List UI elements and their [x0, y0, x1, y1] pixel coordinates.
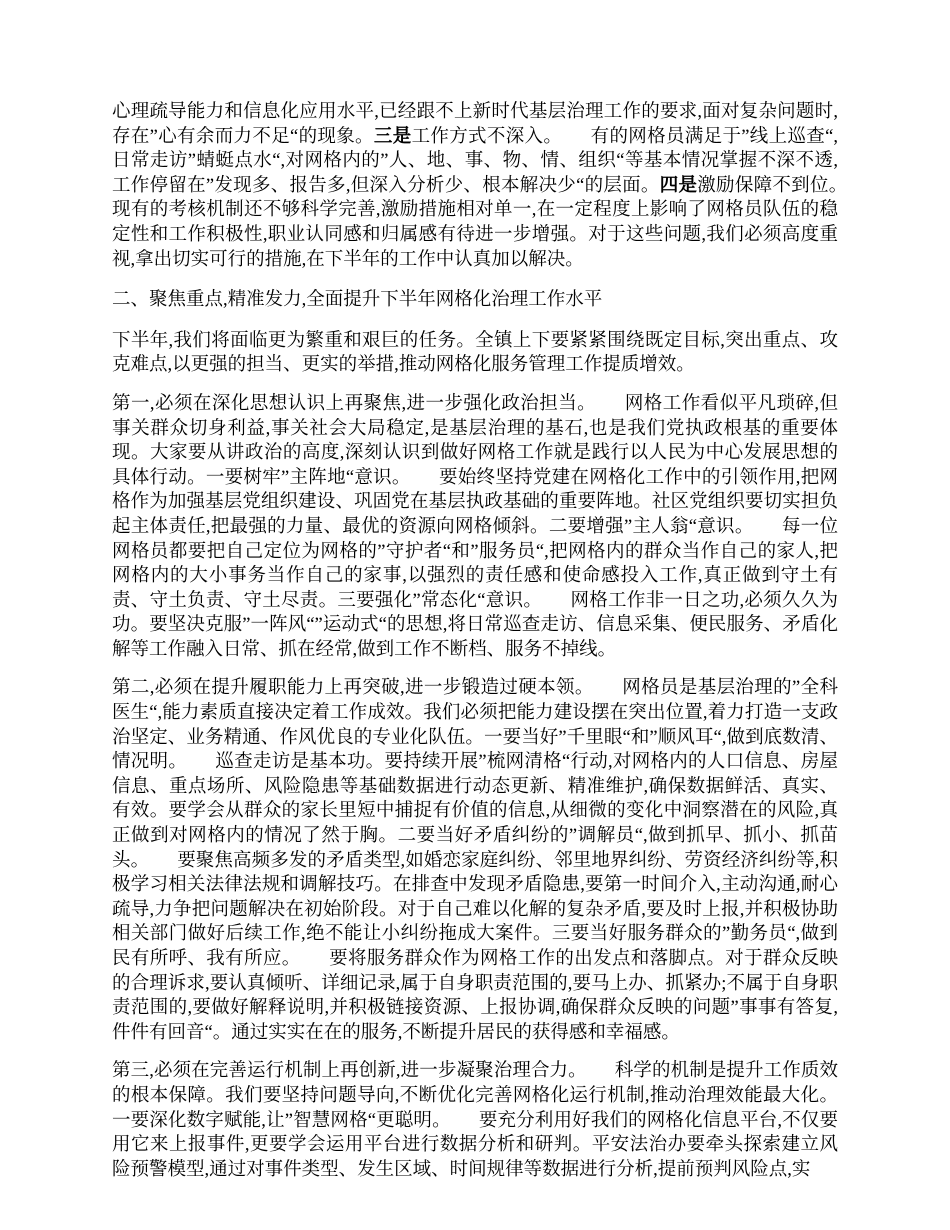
body-paragraph: 下半年,我们将面临更为繁重和艰巨的任务。全镇上下要紧紧围绕既定目标,突出重点、攻… — [112, 329, 838, 378]
text-run: 第二,必须在提升履职能力上再突破,进一步锻造过硬本领。 网格员是基层治理的”全科… — [112, 678, 838, 1042]
document-body: 心理疏导能力和信息化应用水平,已经跟不上新时代基层治理工作的要求,面对复杂问题时… — [112, 100, 838, 1182]
text-run: 下半年,我们将面临更为繁重和艰巨的任务。全镇上下要紧紧围绕既定目标,突出重点、攻… — [112, 331, 838, 376]
text-run: 第一,必须在深化思想认识上再聚焦,进一步强化政治担当。 网格工作看似平凡琐碎,但… — [112, 394, 838, 660]
emphasis-run: 四是 — [660, 176, 698, 196]
text-run: 第三,必须在完善运行机制上再创新,进一步凝聚治理合力。 科学的机制是提升工作质效… — [112, 1061, 838, 1179]
text-run: 二、聚焦重点,精准发力,全面提升下半年网格化治理工作水平 — [112, 290, 602, 310]
document-page: 心理疏导能力和信息化应用水平,已经跟不上新时代基层治理工作的要求,面对复杂问题时… — [0, 0, 950, 1230]
section-heading: 二、聚焦重点,精准发力,全面提升下半年网格化治理工作水平 — [112, 288, 838, 313]
emphasis-run: 三是 — [374, 127, 412, 147]
body-paragraph: 心理疏导能力和信息化应用水平,已经跟不上新时代基层治理工作的要求,面对复杂问题时… — [112, 100, 838, 272]
body-paragraph: 第二,必须在提升履职能力上再突破,进一步锻造过硬本领。 网格员是基层治理的”全科… — [112, 676, 838, 1045]
body-paragraph: 第一,必须在深化思想认识上再聚焦,进一步强化政治担当。 网格工作看似平凡琐碎,但… — [112, 392, 838, 663]
body-paragraph: 第三,必须在完善运行机制上再创新,进一步凝聚治理合力。 科学的机制是提升工作质效… — [112, 1059, 838, 1182]
